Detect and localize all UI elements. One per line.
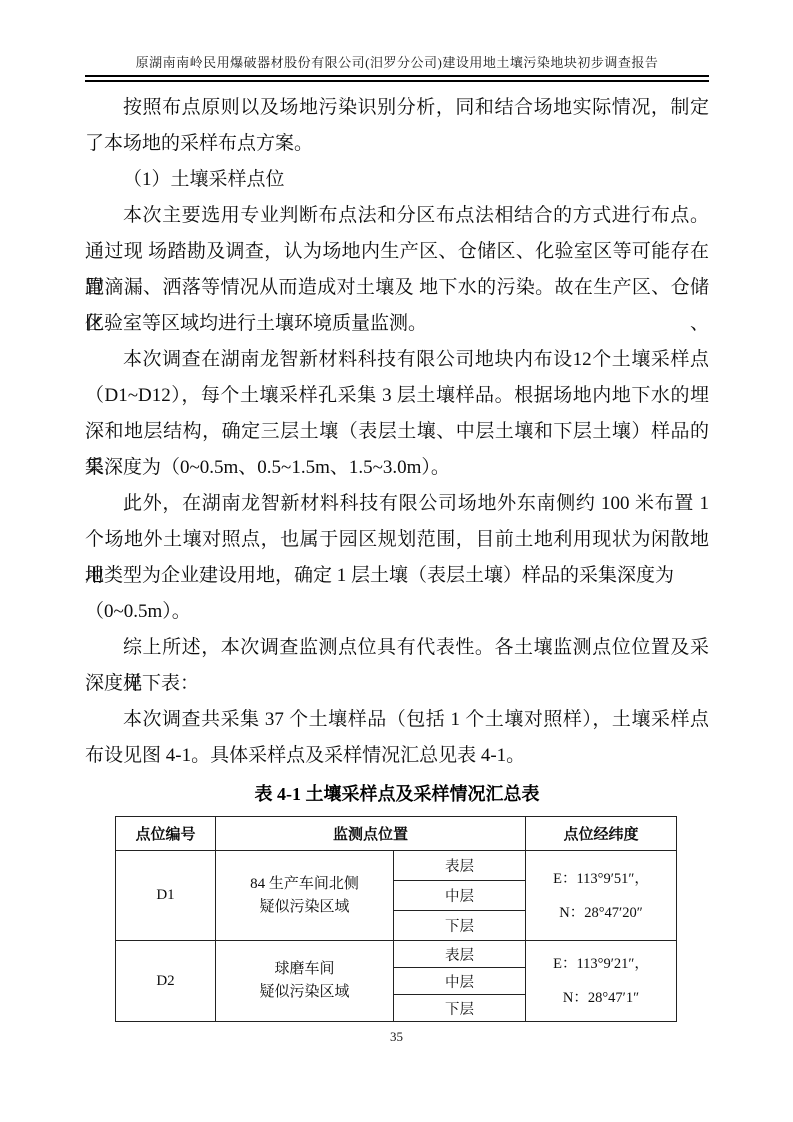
text-line: 深度见下表：	[85, 666, 709, 702]
location-cell: 球磨车间 疑似污染区域	[216, 941, 394, 1022]
table-title: 表 4-1 土壤采样点及采样情况汇总表	[85, 780, 709, 808]
page-header-title: 原湖南南岭民用爆破器材股份有限公司(汨罗分公司)建设用地土壤污染地块初步调查报告	[85, 54, 709, 71]
location-line: 84 生产车间北侧	[216, 873, 393, 896]
col-header-point-id: 点位编号	[116, 817, 216, 851]
layer-cell-middle: 中层	[394, 881, 526, 911]
header-double-rule	[85, 75, 709, 82]
text-line: 此外，在湖南龙智新材料科技有限公司场地外东南侧约 100 米布置 1	[85, 486, 709, 522]
coord-e: E：113°9′51″，	[526, 869, 676, 889]
paragraph-control-point: 此外，在湖南龙智新材料科技有限公司场地外东南侧约 100 米布置 1 个场地外土…	[85, 486, 709, 630]
text-line: （1）土壤采样点位	[85, 162, 709, 198]
layer-cell-middle: 中层	[394, 968, 526, 995]
heading-soil-sampling-points: （1）土壤采样点位	[85, 162, 709, 198]
document-page: 原湖南南岭民用爆破器材股份有限公司(汨罗分公司)建设用地土壤污染地块初步调查报告…	[0, 0, 793, 1122]
coord-e: E：113°9′21″，	[526, 954, 676, 974]
document-body: 按照布点原则以及场地污染识别分析，同和结合场地实际情况，制定 了本场地的采样布点…	[85, 90, 709, 1022]
table-row-d2: D2 球磨车间 疑似污染区域 表层 E：113°9′21″， N：28°47′1…	[116, 941, 677, 968]
paragraph-summary: 综上所述，本次调查监测点位具有代表性。各土壤监测点位位置及采样 深度见下表：	[85, 630, 709, 702]
table-row-d1: D1 84 生产车间北侧 疑似污染区域 表层 E：113°9′51″， N：28…	[116, 851, 677, 881]
location-line: 疑似污染区域	[216, 981, 393, 1004]
text-line: 个场地外土壤对照点，也属于园区规划范围，目前土地利用现状为闲散地用	[85, 522, 709, 558]
text-line: 了本场地的采样布点方案。	[85, 126, 709, 162]
text-line: （0~0.5m）。	[85, 594, 709, 630]
text-line: 集深度为（0~0.5m、0.5~1.5m、1.5~3.0m）。	[85, 450, 709, 486]
layer-cell-lower: 下层	[394, 995, 526, 1022]
coord-gap	[526, 974, 676, 988]
coordinates-cell: E：113°9′51″， N：28°47′20″	[526, 851, 677, 941]
coord-gap	[526, 889, 676, 903]
text-line: 综上所述，本次调查监测点位具有代表性。各土壤监测点位位置及采样	[85, 630, 709, 666]
location-line: 疑似污染区域	[216, 896, 393, 919]
location-cell: 84 生产车间北侧 疑似污染区域	[216, 851, 394, 941]
table-header-row: 点位编号 监测点位置 点位经纬度	[116, 817, 677, 851]
coord-n: N：28°47′20″	[526, 903, 676, 923]
text-line: 本次主要选用专业判断布点法和分区布点法相结合的方式进行布点。	[85, 198, 709, 234]
paragraph-intro: 按照布点原则以及场地污染识别分析，同和结合场地实际情况，制定 了本场地的采样布点…	[85, 90, 709, 162]
col-header-location: 监测点位置	[216, 817, 526, 851]
paragraph-sample-count: 本次调查共采集 37 个土壤样品（包括 1 个土壤对照样），土壤采样点 布设见图…	[85, 702, 709, 774]
paragraph-sampling-plan: 本次调查在湖南龙智新材料科技有限公司地块内布设12个土壤采样点 （D1~D12）…	[85, 342, 709, 486]
text-line: 本次调查在湖南龙智新材料科技有限公司地块内布设12个土壤采样点	[85, 342, 709, 378]
sampling-summary-table: 点位编号 监测点位置 点位经纬度 D1 84 生产车间北侧 疑似污染区域 表层 …	[115, 816, 677, 1022]
text-line: 深和地层结构，确定三层土壤（表层土壤、中层土壤和下层土壤）样品的采	[85, 414, 709, 450]
col-header-coordinates: 点位经纬度	[526, 817, 677, 851]
layer-cell-lower: 下层	[394, 911, 526, 941]
coord-n: N：28°47′1″	[526, 988, 676, 1008]
text-line: 地类型为企业建设用地，确定 1 层土壤（表层土壤）样品的采集深度为	[85, 558, 709, 594]
location-line: 球磨车间	[216, 958, 393, 981]
coordinates-cell: E：113°9′21″， N：28°47′1″	[526, 941, 677, 1022]
layer-cell-surface: 表层	[394, 941, 526, 968]
text-line: 冒滴漏、洒落等情况从而造成对土壤及 地下水的污染。故在生产区、仓储区、	[85, 270, 709, 306]
text-line: 布设见图 4-1。具体采样点及采样情况汇总见表 4-1。	[85, 738, 709, 774]
point-id-cell: D1	[116, 851, 216, 941]
point-id-cell: D2	[116, 941, 216, 1022]
paragraph-layout-method: 本次主要选用专业判断布点法和分区布点法相结合的方式进行布点。 通过现 场踏勘及调…	[85, 198, 709, 342]
page-number: 35	[0, 1029, 793, 1045]
text-line: 通过现 场踏勘及调查，认为场地内生产区、仓储区、化验室区等可能存在跑	[85, 234, 709, 270]
layer-cell-surface: 表层	[394, 851, 526, 881]
text-line: 本次调查共采集 37 个土壤样品（包括 1 个土壤对照样），土壤采样点	[85, 702, 709, 738]
text-line: 按照布点原则以及场地污染识别分析，同和结合场地实际情况，制定	[85, 90, 709, 126]
text-line: （D1~D12），每个土壤采样孔采集 3 层土壤样品。根据场地内地下水的埋	[85, 378, 709, 414]
